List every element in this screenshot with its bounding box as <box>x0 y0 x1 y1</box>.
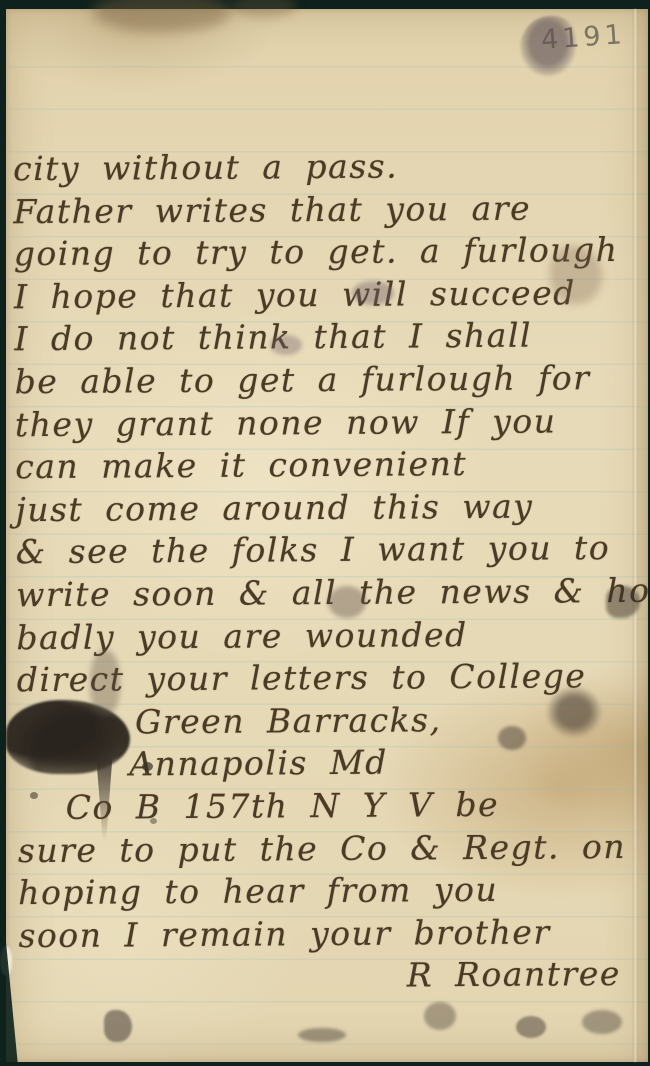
letter-line: & see the folks I want you to <box>16 527 644 574</box>
letter-line: be able to get a furlough for <box>15 357 643 404</box>
scanned-letter: 4191 city without a pass.Father writes t… <box>0 0 650 1066</box>
letter-line: they grant none now If you <box>15 399 643 446</box>
letter-line: sure to put the Co & Regt. on <box>18 825 646 872</box>
letter-line: Green Barracks, <box>135 698 645 744</box>
letter-line: Father writes that you are <box>13 186 641 233</box>
letter-line: Co B 157th N Y V be <box>65 783 645 830</box>
letter-line: going to try to get. a furlough <box>14 229 642 276</box>
letter-line: Annapolis Md <box>129 740 645 786</box>
letter-line: soon I remain your brother <box>18 910 646 957</box>
letter-body: city without a pass.Father writes that y… <box>13 144 647 1000</box>
letter-line: I do not think that I shall <box>14 314 642 361</box>
letter-line: just come around this way <box>15 485 643 532</box>
letter-line: city without a pass. <box>13 144 641 191</box>
letter-line: can make it convenient <box>15 442 643 489</box>
letter-line: hoping to hear from you <box>18 868 646 915</box>
letter-line: write soon & all the news & how <box>16 570 644 617</box>
letter-line: direct your letters to College <box>17 655 645 702</box>
letter-line: I hope that you will succeed <box>14 272 642 319</box>
letter-line: badly you are wounded <box>16 612 644 659</box>
catalog-number: 4191 <box>540 19 627 56</box>
letter-line: R Roantree <box>19 953 647 1000</box>
